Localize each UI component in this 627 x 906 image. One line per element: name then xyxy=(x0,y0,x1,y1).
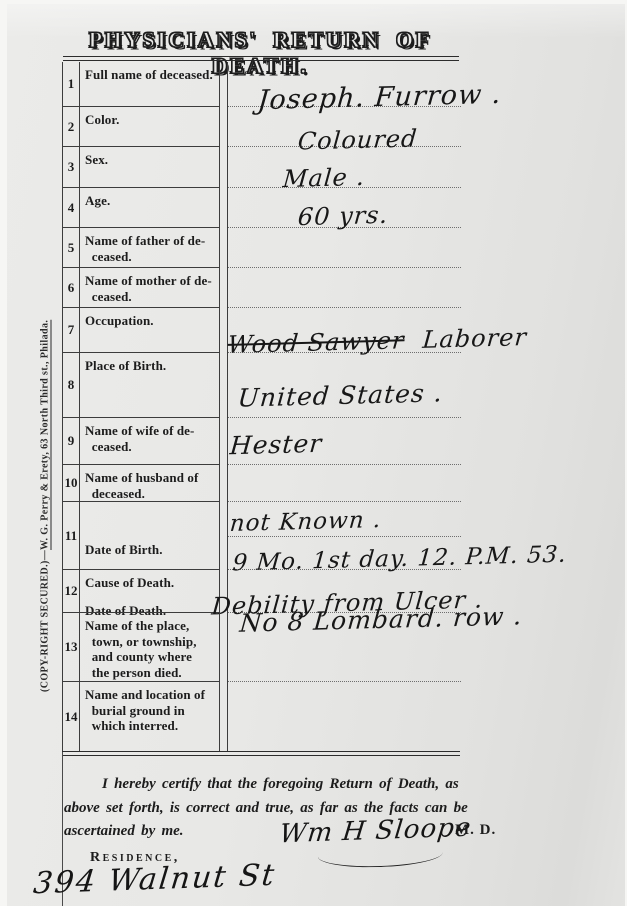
column-divider xyxy=(219,418,228,465)
row-number: 10 xyxy=(63,465,80,502)
row-label: Name of mother of de- ceased. xyxy=(80,268,219,308)
row-value-cell: Hester xyxy=(228,418,461,465)
row-value-cell-empty xyxy=(228,228,461,268)
row-number: 8 xyxy=(63,353,80,418)
copyright-imprint-vertical: (COPY-RIGHT SECURED.)—W. G. Perry & Eret… xyxy=(34,92,56,692)
date-of-birth-value-line: not Known . xyxy=(228,502,461,537)
row-value-cell: Male . xyxy=(228,147,461,188)
row-number: 2 xyxy=(63,107,80,147)
row-label: Name of father of de- ceased. xyxy=(80,228,219,268)
row-label: Occupation. xyxy=(80,308,219,353)
row-label: Name of wife of de- ceased. xyxy=(80,418,219,465)
corrected-occupation: Laborer xyxy=(421,323,528,354)
row-label: Color. xyxy=(80,107,219,147)
row-value-cell: Coloured xyxy=(228,107,461,147)
table-row-full-name: 1 Full name of deceased. Joseph. Furrow … xyxy=(63,62,461,107)
column-divider xyxy=(219,682,228,752)
table-row-mother: 6 Name of mother of de- ceased. xyxy=(63,268,461,308)
row-number: 3 xyxy=(63,147,80,188)
row-label: Full name of deceased. xyxy=(80,62,219,107)
column-divider xyxy=(219,502,228,570)
row-number: 12 xyxy=(63,570,80,613)
row-label: Cause of Death. xyxy=(80,570,219,613)
table-row-husband: 10 Name of husband of deceased. xyxy=(63,465,461,502)
handwritten-place-of-birth: United States . xyxy=(237,378,444,412)
table-bottom-double-rule xyxy=(62,751,460,756)
row-value-cell-empty xyxy=(228,682,461,752)
row-label: Place of Birth. xyxy=(80,353,219,418)
row-value-cell-dual: not Known . 9 Mo. 1st day. 12. P.M. 53. xyxy=(228,502,461,570)
row-value-cell: Joseph. Furrow . xyxy=(228,62,461,107)
row-number: 14 xyxy=(63,682,80,752)
copyright-secured-text: (COPY-RIGHT SECURED.)— xyxy=(40,550,51,692)
table-row-place-of-death: 13 Name of the place, town, or township,… xyxy=(63,613,461,682)
row-label: Name of the place, town, or township, an… xyxy=(80,613,219,682)
row-label: Name of husband of deceased. xyxy=(80,465,219,502)
date-of-death-value-line: 9 Mo. 1st day. 12. P.M. 53. xyxy=(228,536,461,570)
row-number: 11 xyxy=(63,502,80,570)
certification-line-1: I hereby certify that the foregoing Retu… xyxy=(64,773,478,797)
row-number: 5 xyxy=(63,228,80,268)
table-row-wife: 9 Name of wife of de- ceased. Hester xyxy=(63,418,461,465)
table-row-place-of-birth: 8 Place of Birth. United States . xyxy=(63,353,461,418)
column-divider xyxy=(219,228,228,268)
row-value-cell: United States . xyxy=(228,353,461,418)
row-number: 4 xyxy=(63,188,80,228)
row-number: 7 xyxy=(63,308,80,353)
table-row-color: 2 Color. Coloured xyxy=(63,107,461,147)
row-number: 13 xyxy=(63,613,80,682)
table-row-occupation: 7 Occupation. Wood SawyerLaborer xyxy=(63,308,461,353)
column-divider xyxy=(219,465,228,502)
row-number: 1 xyxy=(63,62,80,107)
handwritten-age: 60 yrs. xyxy=(297,201,390,231)
scanned-death-return-page: PHYSICIANS' RETURN OF DEATH. (COPY-RIGHT… xyxy=(0,0,627,906)
table-row-dates: 11 Date of Birth. Date of Death. not Kno… xyxy=(63,502,461,570)
row-value-cell: 60 yrs. xyxy=(228,188,461,228)
handwritten-wife-name: Hester xyxy=(229,429,324,460)
row-value-cell-empty xyxy=(228,268,461,308)
row-label: Age. xyxy=(80,188,219,228)
column-divider xyxy=(219,188,228,228)
row-value-cell-empty xyxy=(228,465,461,502)
row-number: 9 xyxy=(63,418,80,465)
table-row-father: 5 Name of father of de- ceased. xyxy=(63,228,461,268)
death-return-table: 1 Full name of deceased. Joseph. Furrow … xyxy=(62,62,461,752)
column-divider xyxy=(219,147,228,188)
column-divider xyxy=(219,268,228,308)
column-divider xyxy=(219,613,228,682)
row-label: Name and location of burial ground in wh… xyxy=(80,682,219,752)
column-divider xyxy=(219,353,228,418)
publisher-imprint-text: W. G. Perry & Erety, 63 North Third st.,… xyxy=(40,320,51,550)
row-label-dual: Date of Birth. Date of Death. xyxy=(80,502,219,570)
column-divider xyxy=(219,62,228,107)
row-label: Sex. xyxy=(80,147,219,188)
title-double-rule xyxy=(63,56,459,61)
md-suffix: M. D. xyxy=(455,822,496,839)
row-value-cell: No 8 Lombard. row . xyxy=(228,613,461,682)
table-row-sex: 3 Sex. Male . xyxy=(63,147,461,188)
row-value-cell: Wood SawyerLaborer xyxy=(228,308,461,353)
handwritten-date-of-birth: not Known . xyxy=(229,507,383,537)
row-number: 6 xyxy=(63,268,80,308)
column-divider xyxy=(219,107,228,147)
date-of-birth-label: Date of Birth. xyxy=(85,542,219,558)
table-row-burial-ground: 14 Name and location of burial ground in… xyxy=(63,682,461,752)
table-row-age: 4 Age. 60 yrs. xyxy=(63,188,461,228)
